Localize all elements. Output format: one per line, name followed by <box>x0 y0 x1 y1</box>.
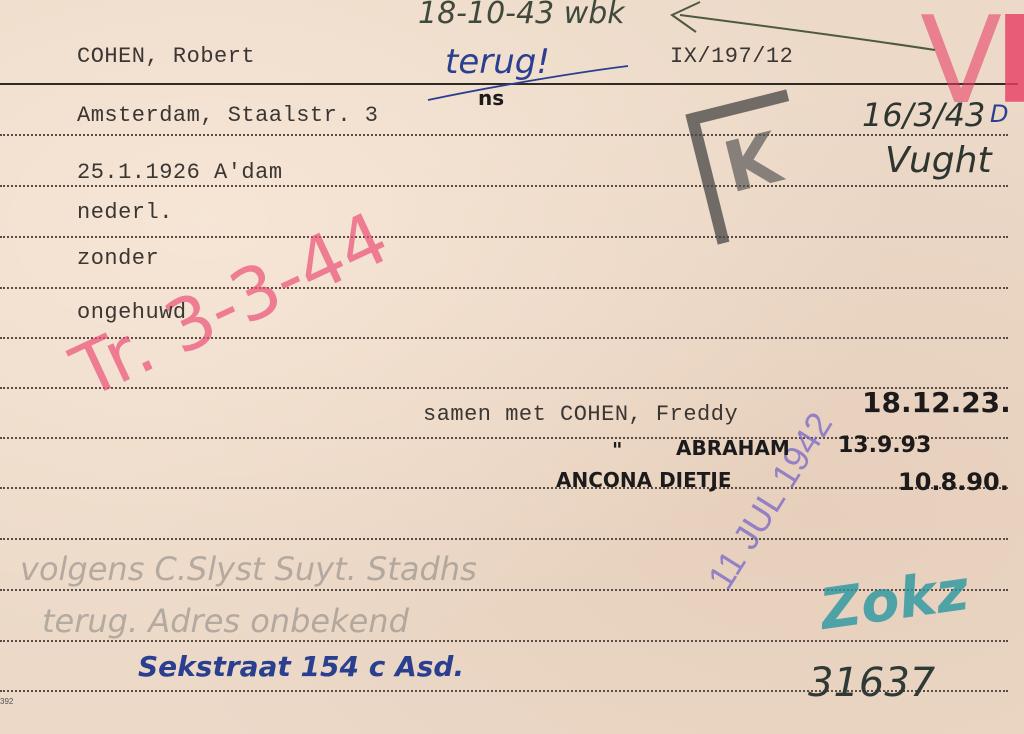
ancona-birthdate: 10.8.90. <box>898 468 1009 496</box>
k-stamp: K <box>685 89 818 244</box>
freddy-birthdate: 18.12.23. <box>862 386 1011 419</box>
side-initials: D <box>990 100 1008 128</box>
nationality-field: nederl. <box>77 200 173 225</box>
top-date-note: 18-10-43 wbk <box>418 0 625 31</box>
dotted-rule <box>0 487 1008 489</box>
dotted-rule <box>0 640 1008 642</box>
vught-note: Vught <box>885 140 992 181</box>
dotted-rule <box>0 236 1008 238</box>
archive-index-card: VR K 11 JUL 1942 Tr. 3-3-44 COHEN, Rober… <box>0 0 1024 734</box>
pencil-note-line2: terug. Adres onbekend <box>42 602 409 640</box>
teal-note: Zokz <box>816 558 973 643</box>
marital-status-field: ongehuwd <box>77 300 187 325</box>
print-code: 392 <box>0 697 13 706</box>
pencil-note-line1: volgens C.Slyst Suyt. Stadhs <box>20 550 477 588</box>
person-name: COHEN, Robert <box>77 44 255 69</box>
birth-field: 25.1.1926 A'dam <box>77 160 283 185</box>
file-number: 31637 <box>808 660 935 706</box>
abraham-name: ABRAHAM <box>676 436 790 460</box>
terug-note: terug! <box>445 42 550 82</box>
dotted-rule <box>0 538 1008 540</box>
side-date: 16/3/43 <box>862 96 985 134</box>
together-with-field: samen met COHEN, Freddy <box>423 402 738 427</box>
address-field: Amsterdam, Staalstr. 3 <box>77 103 378 128</box>
abraham-birthdate: 13.9.93 <box>838 433 931 458</box>
reference-number: IX/197/12 <box>670 44 793 69</box>
header-rule <box>0 83 1018 85</box>
dotted-rule <box>0 185 1008 187</box>
ns-note: ns <box>478 86 504 110</box>
ditto-mark: " <box>612 438 622 462</box>
blue-address-note: Sekstraat 154 c Asd. <box>138 650 464 683</box>
dotted-rule <box>0 134 1008 136</box>
religion-field: zonder <box>77 246 159 271</box>
date-stamp: 11 JUL 1942 <box>699 405 841 597</box>
ancona-name: ANCONA DIETJE <box>556 468 732 492</box>
k-stamp-letter: K <box>716 117 788 210</box>
dotted-rule <box>0 287 1008 289</box>
